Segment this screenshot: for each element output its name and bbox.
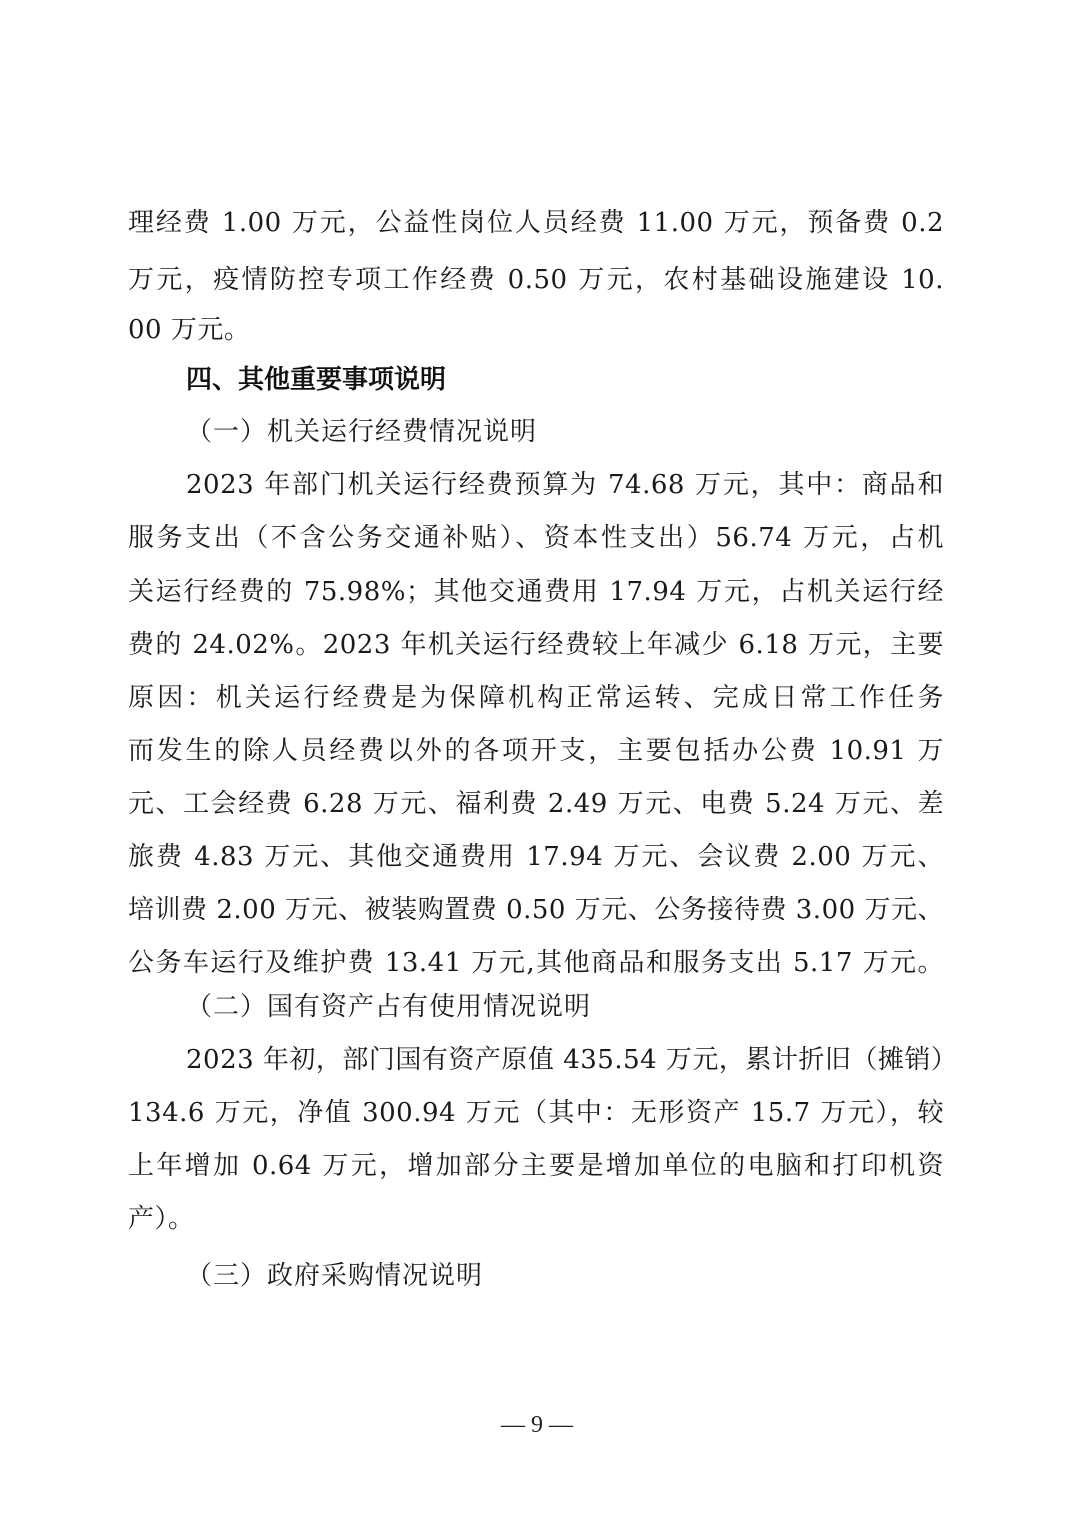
paragraph-line: 2023 年部门机关运行经费预算为 74.68 万元，其中：商品和 [186,465,944,505]
paragraph-line: 元、工会经费 6.28 万元、福利费 2.49 万元、电费 5.24 万元、差 [128,784,944,824]
page-number: — 9 — [0,1412,1074,1439]
paragraph-line: 关运行经费的 75.98%；其他交通费用 17.94 万元，占机关运行经 [128,572,944,612]
subsection-heading: （一）机关运行经费情况说明 [186,412,537,452]
section-heading: 四、其他重要事项说明 [186,360,446,400]
paragraph-line: 万元，疫情防控专项工作经费 0.50 万元，农村基础设施建设 10. [128,260,944,300]
paragraph-line: 培训费 2.00 万元、被装购置费 0.50 万元、公务接待费 3.00 万元、 [128,890,944,930]
document-page: 理经费 1.00 万元，公益性岗位人员经费 11.00 万元，预备费 0.2 万… [0,0,1074,1520]
subsection-heading: （二）国有资产占有使用情况说明 [186,987,591,1027]
paragraph-line: 134.6 万元，净值 300.94 万元（其中：无形资产 15.7 万元），较 [128,1093,944,1133]
paragraph-line: 上年增加 0.64 万元，增加部分主要是增加单位的电脑和打印机资 [128,1146,944,1186]
subsection-heading: （三）政府采购情况说明 [186,1256,483,1296]
paragraph-line: 服务支出（不含公务交通补贴）、资本性支出）56.74 万元，占机 [128,518,944,558]
paragraph-line: 2023 年初，部门国有资产原值 435.54 万元，累计折旧（摊销） [186,1040,944,1080]
paragraph-line: 公务车运行及维护费 13.41 万元,其他商品和服务支出 5.17 万元。 [128,943,944,983]
paragraph-line: 费的 24.02%。2023 年机关运行经费较上年减少 6.18 万元，主要 [128,625,944,665]
paragraph-line: 00 万元。 [128,310,944,350]
paragraph-line: 原因：机关运行经费是为保障机构正常运转、完成日常工作任务 [128,678,944,718]
paragraph-line: 而发生的除人员经费以外的各项开支，主要包括办公费 10.91 万 [128,731,944,771]
paragraph-line: 理经费 1.00 万元，公益性岗位人员经费 11.00 万元，预备费 0.2 [128,203,944,243]
paragraph-line: 旅费 4.83 万元、其他交通费用 17.94 万元、会议费 2.00 万元、 [128,837,944,877]
paragraph-line: 产）。 [128,1199,944,1239]
